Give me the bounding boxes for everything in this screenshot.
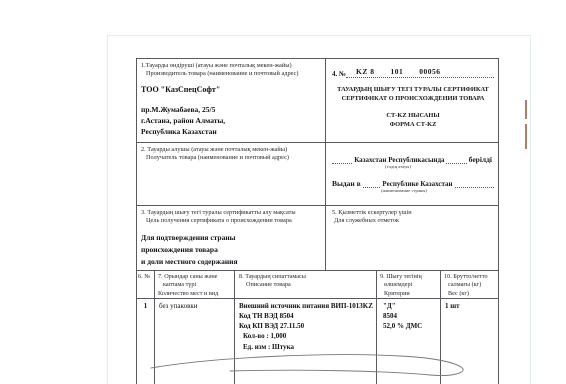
purpose-box: 3. Тауардың шығу тегі туралы сертификатт… <box>137 206 325 270</box>
header-col-no: 6. № <box>137 271 154 298</box>
issued-line-kk: Казахстан Республикасында берілді <box>332 155 494 164</box>
purpose-line: происхождения товара <box>141 244 322 256</box>
dotted-line <box>446 156 466 164</box>
row-origin-criteria: "Д" 8504 52,0 % ДМС <box>377 299 440 384</box>
purpose-line: Для подтверждения страны <box>141 232 322 244</box>
header-col-description: 8. Тауардың сипаттамасы Описание товара <box>235 271 376 298</box>
producer-label-kk: 1.Тауарды өндіруші (атауы және почталық … <box>141 62 322 70</box>
issued-country-ru: Республике Казахстан <box>380 180 454 188</box>
header-line: Критерии <box>380 290 439 298</box>
description-line: Код ТН ВЭД 8504 <box>239 311 373 321</box>
origin-line: 8504 <box>383 311 437 321</box>
header-col-weight: 10. Брутто/нетто салмағы (кг) Вес (кг) б… <box>441 271 500 298</box>
dotted-line <box>455 180 494 188</box>
producer-address-line: Республика Казахстан <box>141 127 322 138</box>
issued-in-box: Казахстан Республикасында берілді (елдің… <box>326 143 500 205</box>
description-line: Код КП ВЭД 27.11.50 <box>239 321 373 331</box>
header-line: салмағы (кг) <box>444 281 499 289</box>
header-line: 9. Шығу тегінің <box>380 273 439 281</box>
header-col-origin: 9. Шығу тегінің өлшемдері Критерии проис… <box>377 271 440 298</box>
country-name-hint-kk: (елдің атауы) <box>332 164 494 170</box>
certificate-title-line: ТАУАРДЫҢ ШЫҒУ ТЕГІ ТУРАЛЫ СЕРТИФИКАТ <box>332 85 494 94</box>
certificate-form-name-line: СТ-KZ НЫСАНЫ <box>332 111 494 120</box>
header-line: 7. Орындар саны және <box>158 273 233 281</box>
purpose-line: и доли местного содержания <box>141 256 322 268</box>
header-line: Вес (кг) <box>444 290 499 298</box>
certificate-title-line: СЕРТИФИКАТ О ПРОИСХОЖДЕНИИ ТОВАРА <box>332 94 494 103</box>
description-line: Кол-во : 1,000 <box>239 331 373 341</box>
producer-address-line: пр.М.Жумабаева, 25/5 <box>141 105 322 116</box>
dotted-line <box>332 156 352 164</box>
certificate-number-box: 4. № KZ 8 101 00056 ТАУАРДЫҢ ШЫҒУ ТЕГІ Т… <box>326 59 500 142</box>
header-col-packaging: 7. Орындар саны және каптама түрі Количе… <box>155 271 234 298</box>
scanned-page: 1.Тауарды өндіруші (атауы және почталық … <box>107 35 531 384</box>
header-line: каптама түрі <box>158 281 233 289</box>
receiver-box: 2. Тауарды алушы (атауы және почталық ме… <box>137 143 325 205</box>
purpose-label-ru: Цель получения сертификата о происхожден… <box>141 217 322 225</box>
header-line: өлшемдері <box>380 281 439 289</box>
issued-line-ru: Выдан в Республике Казахстан <box>332 179 494 188</box>
certificate-number: KZ 8 101 00056 <box>346 67 494 78</box>
header-line: 10. Брутто/нетто <box>444 273 499 281</box>
row-weight: 1 шт <box>441 299 500 384</box>
header-line: Количество мест и вид <box>158 290 233 298</box>
row-packaging: без упаковки <box>155 299 234 384</box>
official-marks-label-kk: 5. Қызметтік ескертулер үшін <box>332 209 497 217</box>
official-marks-box: 5. Қызметтік ескертулер үшін Для служебн… <box>326 206 500 270</box>
receiver-label-ru: Получатель товара (наименование и почтов… <box>141 154 322 162</box>
certificate-form-name-line: ФОРМА СТ-KZ <box>332 120 494 129</box>
dotted-line <box>363 180 381 188</box>
row-description: Внешний источник питания ВИП-1013KZ Код … <box>235 299 376 384</box>
number-part: KZ 8 <box>356 67 374 76</box>
origin-line: "Д" <box>383 301 437 311</box>
header-line: 8. Тауардың сипаттамасы <box>239 273 375 281</box>
producer-box: 1.Тауарды өндіруші (атауы және почталық … <box>137 59 325 142</box>
issued-word-ru: Выдан в <box>332 179 363 188</box>
certificate-form: 1.Тауарды өндіруші (атауы және почталық … <box>136 58 499 384</box>
certificate-form-name: СТ-KZ НЫСАНЫ ФОРМА СТ-KZ <box>332 111 494 130</box>
certificate-title: ТАУАРДЫҢ ШЫҒУ ТЕГІ ТУРАЛЫ СЕРТИФИКАТ СЕР… <box>332 85 494 104</box>
issued-word-kk: берілді <box>467 155 494 164</box>
certificate-number-row: 4. № KZ 8 101 00056 <box>332 67 494 78</box>
header-line: Описание товара <box>239 281 375 289</box>
producer-label-ru: Производитель товара (наименование и поч… <box>141 70 322 78</box>
description-line: Ед. изм : Штука <box>239 342 373 352</box>
producer-company: ТОО "КазСпецСофт" <box>141 84 322 96</box>
number-part: 00056 <box>419 67 440 76</box>
row-number: 1 <box>137 299 154 384</box>
number-label: 4. № <box>332 70 346 78</box>
document-viewer: 1.Тауарды өндіруші (атауы және почталық … <box>0 0 566 384</box>
receiver-label-kk: 2. Тауарды алушы (атауы және почталық ме… <box>141 146 322 154</box>
purpose-label-kk: 3. Тауардың шығу тегі туралы сертификатт… <box>141 209 322 217</box>
scan-artifact <box>525 124 527 149</box>
official-marks-label-ru: Для служебных отметок <box>332 217 497 225</box>
producer-address-line: г.Астана, район Алматы, <box>141 116 322 127</box>
issued-country-kk: Казахстан Республикасында <box>352 156 446 164</box>
scan-artifact <box>525 100 527 119</box>
description-line: Внешний источник питания ВИП-1013KZ <box>239 301 373 311</box>
number-part: 101 <box>391 67 404 76</box>
origin-line: 52,0 % ДМС <box>383 321 437 331</box>
country-name-hint-ru: (наименование страны) <box>332 188 494 194</box>
